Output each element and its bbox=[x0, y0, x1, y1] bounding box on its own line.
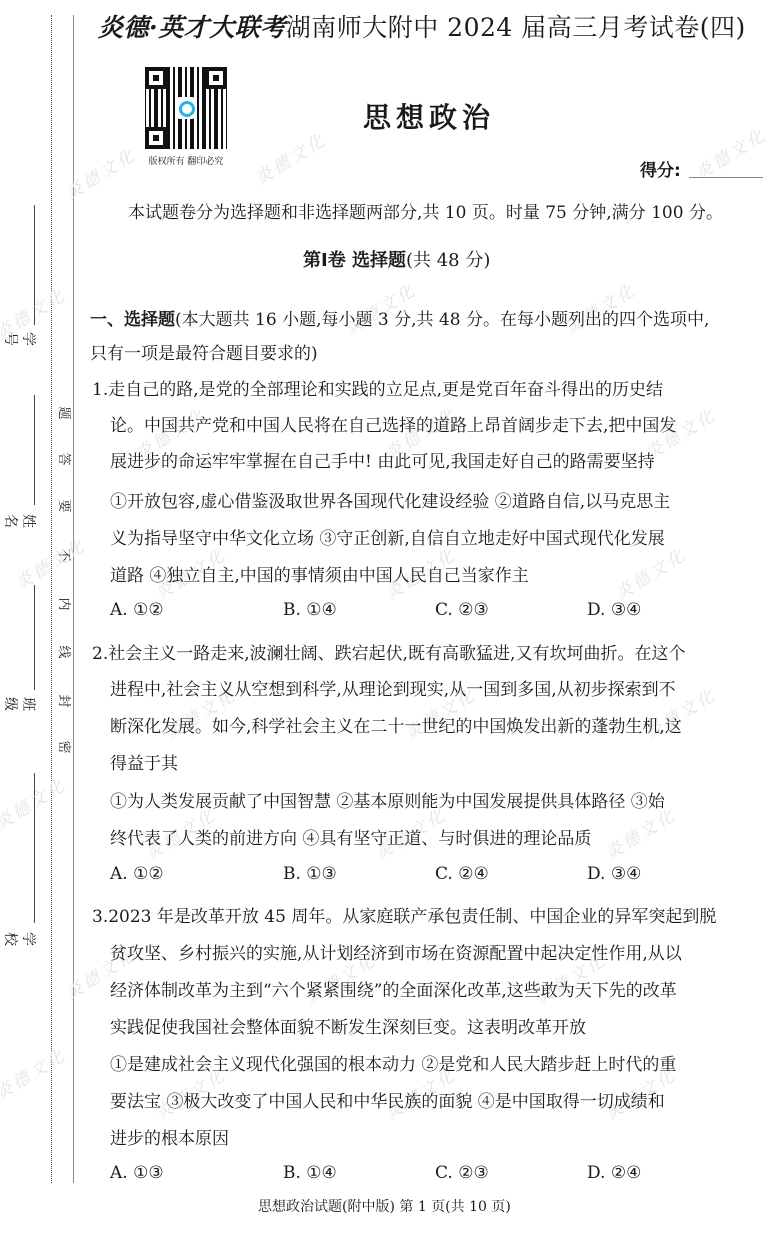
watermark: 炎德文化 bbox=[249, 126, 330, 190]
watermark: 炎德文化 bbox=[0, 1041, 71, 1105]
question-2-option-d[interactable]: D. ③④ bbox=[587, 864, 641, 884]
binding-solid-line bbox=[73, 15, 74, 1183]
field-label-text: 学 校 bbox=[2, 932, 36, 946]
qr-caption: 版权所有 翻印必究 bbox=[140, 154, 232, 167]
stem-line: 断深化发展。如今,科学社会主义在二十一世纪的中国焕发出新的蓬勃生机,这 bbox=[110, 715, 682, 739]
question-3-stem: 3.2023 年是改革开放 45 周年。从家庭联产承包责任制、中国企业的异军突起… bbox=[92, 905, 716, 929]
watermark: 炎德文化 bbox=[9, 531, 90, 595]
class-underline bbox=[34, 585, 35, 690]
seal-char: 答 bbox=[54, 450, 72, 468]
field-label-school: 学 校 bbox=[19, 930, 37, 948]
stem-line: 进程中,社会主义从空想到科学,从理论到现实,从一国到多国,从初步探索到不 bbox=[110, 678, 676, 702]
question-2-stem: 2.社会主义一路走来,波澜壮阔、跌宕起伏,既有高歌猛进,又有坎坷曲折。在这个 bbox=[92, 642, 685, 666]
seal-char: 不 bbox=[54, 546, 72, 564]
statement-line: 终代表了人类的前进方向 ④具有坚守正道、与时俱进的理论品质 bbox=[110, 827, 591, 851]
exam-brand: 炎德·英才大联考 bbox=[98, 13, 286, 42]
question-2-option-b[interactable]: B. ①③ bbox=[283, 864, 337, 884]
score-label: 得分: bbox=[640, 156, 681, 181]
qr-finder bbox=[145, 127, 167, 149]
name-underline bbox=[34, 395, 35, 505]
stem-line: 走自己的路,是党的全部理论和实践的立足点,更是党百年奋斗得出的历史结 bbox=[108, 380, 663, 400]
binding-dotted-line bbox=[51, 15, 52, 1183]
statement-line: ①为人类发展贡献了中国智慧 ②基本原则能为中国发展提供具体路径 ③始 bbox=[110, 790, 665, 814]
question-3-option-b[interactable]: B. ①④ bbox=[283, 1163, 337, 1183]
question-3-option-d[interactable]: D. ②④ bbox=[587, 1163, 641, 1183]
field-label-student-id: 学 号 bbox=[19, 330, 37, 348]
score-blank bbox=[689, 177, 763, 178]
qr-finder bbox=[145, 67, 167, 89]
statement-line: 道路 ④独立自主,中国的事情须由中国人民自己当家作主 bbox=[110, 564, 529, 588]
question-1-option-a[interactable]: A. ①② bbox=[110, 600, 164, 620]
statement-line: 要法宝 ③极大改变了中国人民和中华民族的面貌 ④是中国取得一切成绩和 bbox=[110, 1090, 665, 1114]
part-heading: 一、选择题(本大题共 16 小题,每小题 3 分,共 48 分。在每小题列出的四… bbox=[90, 308, 709, 332]
stem-line: 论。中国共产党和中国人民将在自己选择的道路上昂首阔步走下去,把中国发 bbox=[110, 414, 676, 438]
field-label-class: 班 级 bbox=[19, 695, 37, 713]
seal-char: 要 bbox=[54, 497, 72, 515]
stem-line: 展进步的命运牢牢掌握在自己手中! 由此可见,我国走好自己的路需要坚持 bbox=[110, 450, 655, 474]
stem-line: 得益于其 bbox=[110, 752, 178, 776]
stem-line: 贫攻坚、乡村振兴的实施,从计划经济到市场在资源配置中起决定性作用,从以 bbox=[110, 942, 682, 966]
question-2-option-c[interactable]: C. ②④ bbox=[435, 864, 489, 884]
question-1-option-b[interactable]: B. ①④ bbox=[283, 600, 337, 620]
page-footer: 思想政治试题(附中版) 第 1 页(共 10 页) bbox=[258, 1196, 511, 1216]
stem-line: 实践促使我国社会整体面貌不断发生深刻巨变。这表明改革开放 bbox=[110, 1016, 586, 1040]
question-1-option-d[interactable]: D. ③④ bbox=[587, 600, 641, 620]
statement-line: ①开放包容,虚心借鉴汲取世界各国现代化建设经验 ②道路自信,以马克思主 bbox=[110, 490, 670, 514]
stem-line: 经济体制改革为主到“六个紧紧围绕”的全面深化改革,这些敢为天下先的改革 bbox=[110, 979, 677, 1003]
qr-logo-icon bbox=[175, 97, 197, 119]
stem-line: 2023 年是改革开放 45 周年。从家庭联产承包责任制、中国企业的异军突起到脱 bbox=[108, 907, 716, 927]
field-label-text: 学 号 bbox=[2, 332, 36, 346]
exam-title-rest: 湖南师大附中 2024 届高三月考试卷(四) bbox=[286, 13, 746, 42]
question-3-option-c[interactable]: C. ②③ bbox=[435, 1163, 489, 1183]
field-label-name: 姓 名 bbox=[19, 512, 37, 530]
statement-line: ①是建成社会主义现代化强国的根本动力 ②是党和人民大踏步赶上时代的重 bbox=[110, 1053, 676, 1077]
watermark: 炎德文化 bbox=[689, 121, 770, 185]
qr-code-icon bbox=[142, 64, 230, 152]
question-3-option-a[interactable]: A. ①③ bbox=[110, 1163, 164, 1183]
statement-line: 进步的根本原因 bbox=[110, 1127, 229, 1151]
part-heading-line2: 只有一项是最符合题目要求的) bbox=[90, 342, 318, 366]
question-number: 3. bbox=[92, 907, 108, 927]
seal-char: 密 bbox=[54, 738, 72, 756]
seal-char: 线 bbox=[54, 643, 72, 661]
part-heading-label: 一、选择题 bbox=[90, 310, 175, 330]
seal-char: 内 bbox=[54, 595, 72, 613]
exam-title: 炎德·英才大联考湖南师大附中 2024 届高三月考试卷(四) bbox=[98, 8, 778, 48]
question-2-option-a[interactable]: A. ①② bbox=[110, 864, 164, 884]
section-title-main: 第Ⅰ卷 选择题 bbox=[303, 250, 406, 271]
part-heading-desc: (本大题共 16 小题,每小题 3 分,共 48 分。在每小题列出的四个选项中, bbox=[175, 310, 709, 330]
question-1-stem: 1.走自己的路,是党的全部理论和实践的立足点,更是党百年奋斗得出的历史结 bbox=[92, 378, 663, 402]
school-underline bbox=[34, 773, 35, 923]
section-title: 第Ⅰ卷 选择题(共 48 分) bbox=[303, 246, 490, 272]
subject-title: 思想政治 bbox=[363, 96, 495, 136]
stem-line: 社会主义一路走来,波澜壮阔、跌宕起伏,既有高歌猛进,又有坎坷曲折。在这个 bbox=[108, 644, 685, 664]
question-number: 2. bbox=[92, 644, 108, 664]
field-label-text: 姓 名 bbox=[2, 514, 36, 528]
student-id-underline bbox=[34, 205, 35, 325]
qr-finder bbox=[205, 67, 227, 89]
field-label-text: 班 级 bbox=[2, 697, 36, 711]
seal-char: 封 bbox=[54, 692, 72, 710]
section-title-points: (共 48 分) bbox=[406, 250, 490, 271]
question-1-option-c[interactable]: C. ②③ bbox=[435, 600, 489, 620]
seal-char: 题 bbox=[54, 404, 72, 422]
watermark: 炎德文化 bbox=[59, 141, 140, 205]
statement-line: 义为指导坚守中华文化立场 ③守正创新,自信自立地走好中国式现代化发展 bbox=[110, 527, 665, 551]
exam-instructions: 本试题卷分为选择题和非选择题两部分,共 10 页。时量 75 分钟,满分 100… bbox=[128, 198, 723, 223]
watermark: 炎德文化 bbox=[0, 771, 71, 835]
question-number: 1. bbox=[92, 380, 108, 400]
